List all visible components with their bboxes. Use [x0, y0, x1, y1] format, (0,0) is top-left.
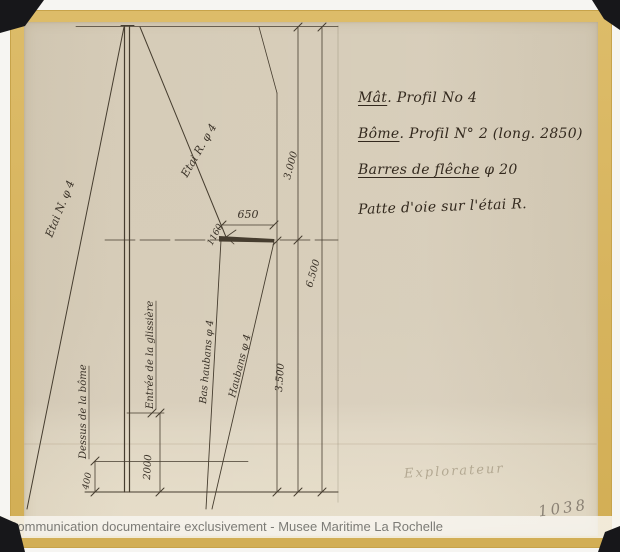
photo-corners [0, 0, 620, 552]
photo-corner-bottom-right [598, 526, 620, 552]
scanned-document: 650 1160 3.000 3.500 6.500 2000 400 Etai… [0, 0, 620, 552]
photo-corner-top-left [0, 0, 44, 33]
photo-corner-top-right [592, 0, 620, 30]
photo-corner-bottom-left [0, 516, 25, 552]
